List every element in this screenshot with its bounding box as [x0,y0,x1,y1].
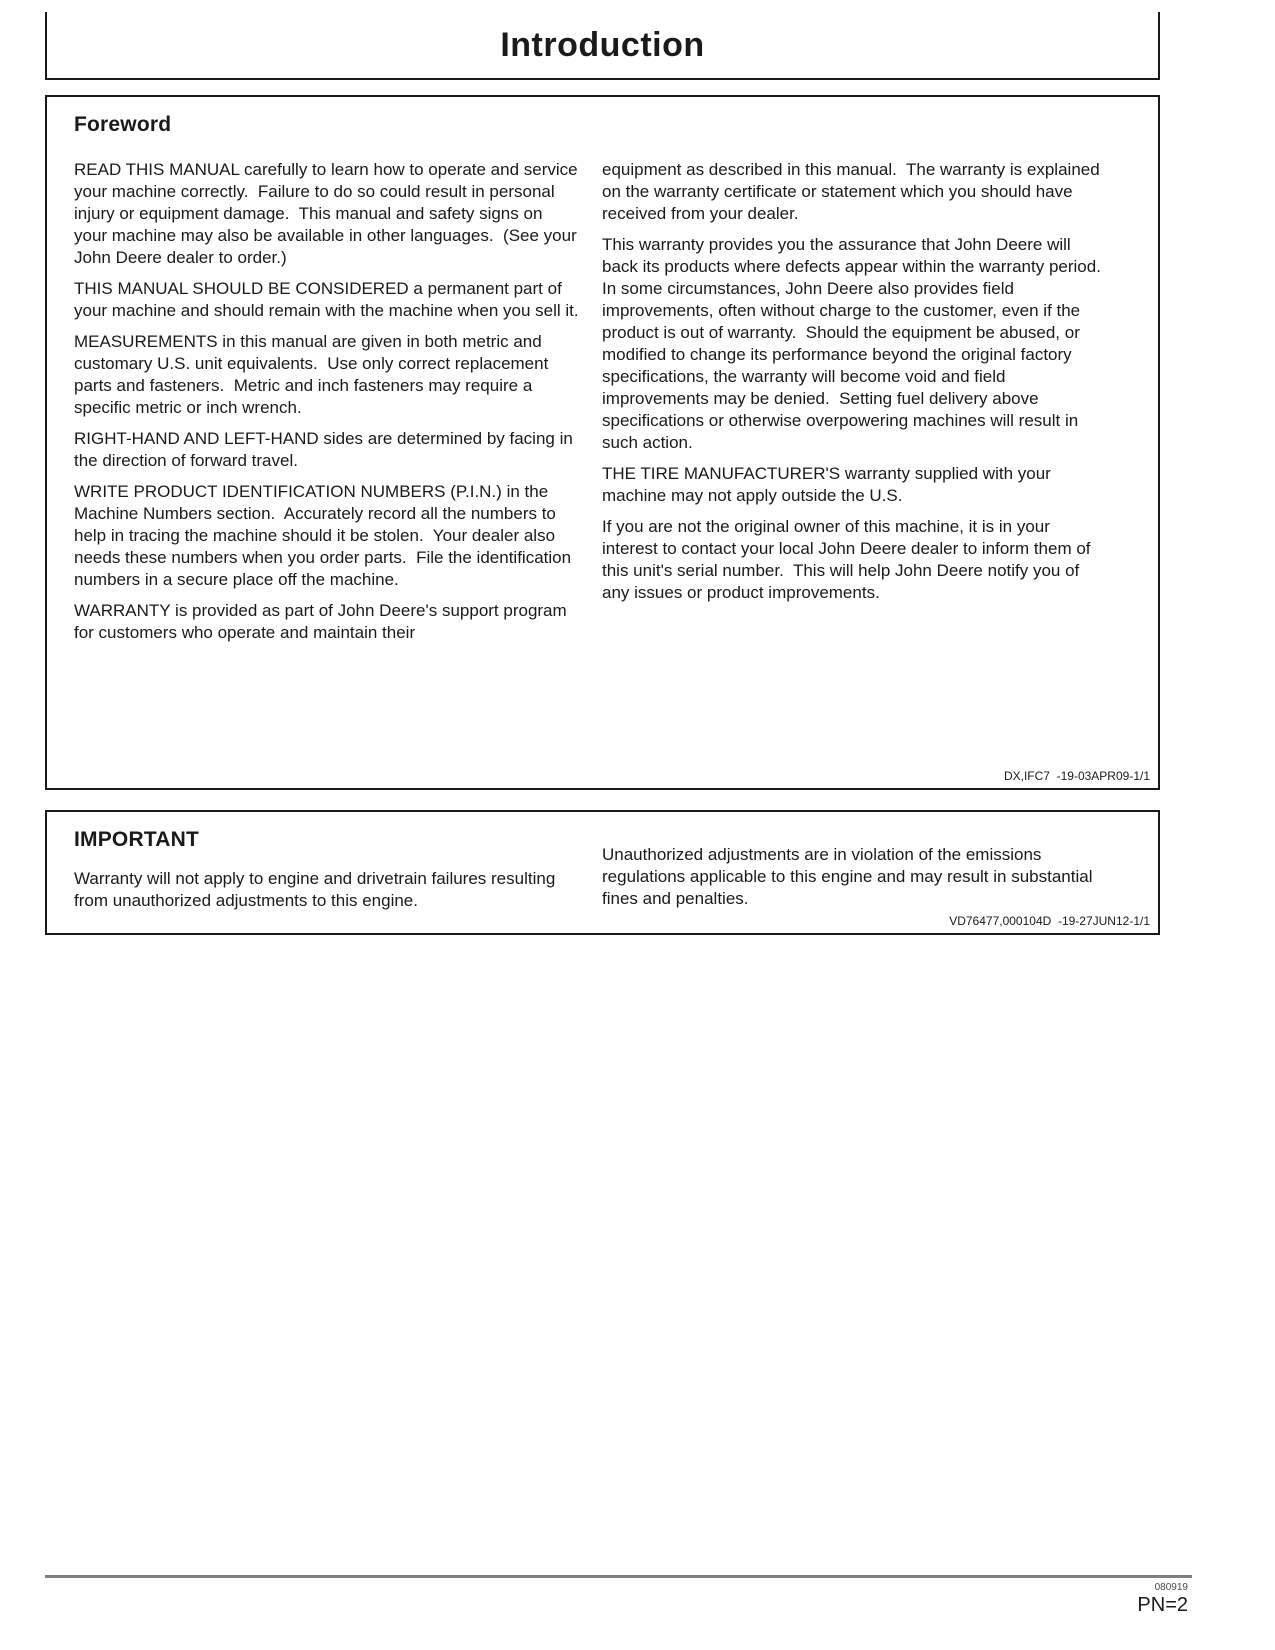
paragraph: WRITE PRODUCT IDENTIFICATION NUMBERS (P.… [74,481,580,591]
paragraph: MEASUREMENTS in this manual are given in… [74,331,580,419]
foreword-reference-code: DX,IFC7 -19-03APR09-1/1 [1004,769,1150,783]
paragraph: Unauthorized adjustments are in violatio… [602,844,1108,910]
paragraph: Warranty will not apply to engine and dr… [74,868,580,912]
foreword-section: Foreword READ THIS MANUAL carefully to l… [45,95,1160,790]
foreword-heading: Foreword [74,113,171,137]
foreword-left-column: READ THIS MANUAL carefully to learn how … [74,159,580,653]
paragraph: This warranty provides you the assurance… [602,234,1108,454]
important-heading: IMPORTANT [74,828,199,852]
paragraph: READ THIS MANUAL carefully to learn how … [74,159,580,269]
important-reference-code: VD76477,000104D -19-27JUN12-1/1 [949,914,1150,928]
important-section: IMPORTANT Warranty will not apply to eng… [45,810,1160,935]
manual-page: Introduction Foreword READ THIS MANUAL c… [0,0,1275,1650]
paragraph: THIS MANUAL SHOULD BE CONSIDERED a perma… [74,278,580,322]
important-right-column: Unauthorized adjustments are in violatio… [602,844,1108,919]
page-title: Introduction [500,26,704,65]
paragraph: If you are not the original owner of thi… [602,516,1108,604]
footer-page-number: PN=2 [1137,1594,1188,1617]
paragraph: WARRANTY is provided as part of John Dee… [74,600,580,644]
paragraph: THE TIRE MANUFACTURER'S warranty supplie… [602,463,1108,507]
section-header-box: Introduction [45,12,1160,80]
paragraph: RIGHT-HAND AND LEFT-HAND sides are deter… [74,428,580,472]
foreword-right-column: equipment as described in this manual. T… [602,159,1108,613]
footer-stamp: 080919 [1155,1582,1188,1593]
footer-divider-line [45,1575,1192,1578]
paragraph: equipment as described in this manual. T… [602,159,1108,225]
important-left-column: Warranty will not apply to engine and dr… [74,868,580,921]
